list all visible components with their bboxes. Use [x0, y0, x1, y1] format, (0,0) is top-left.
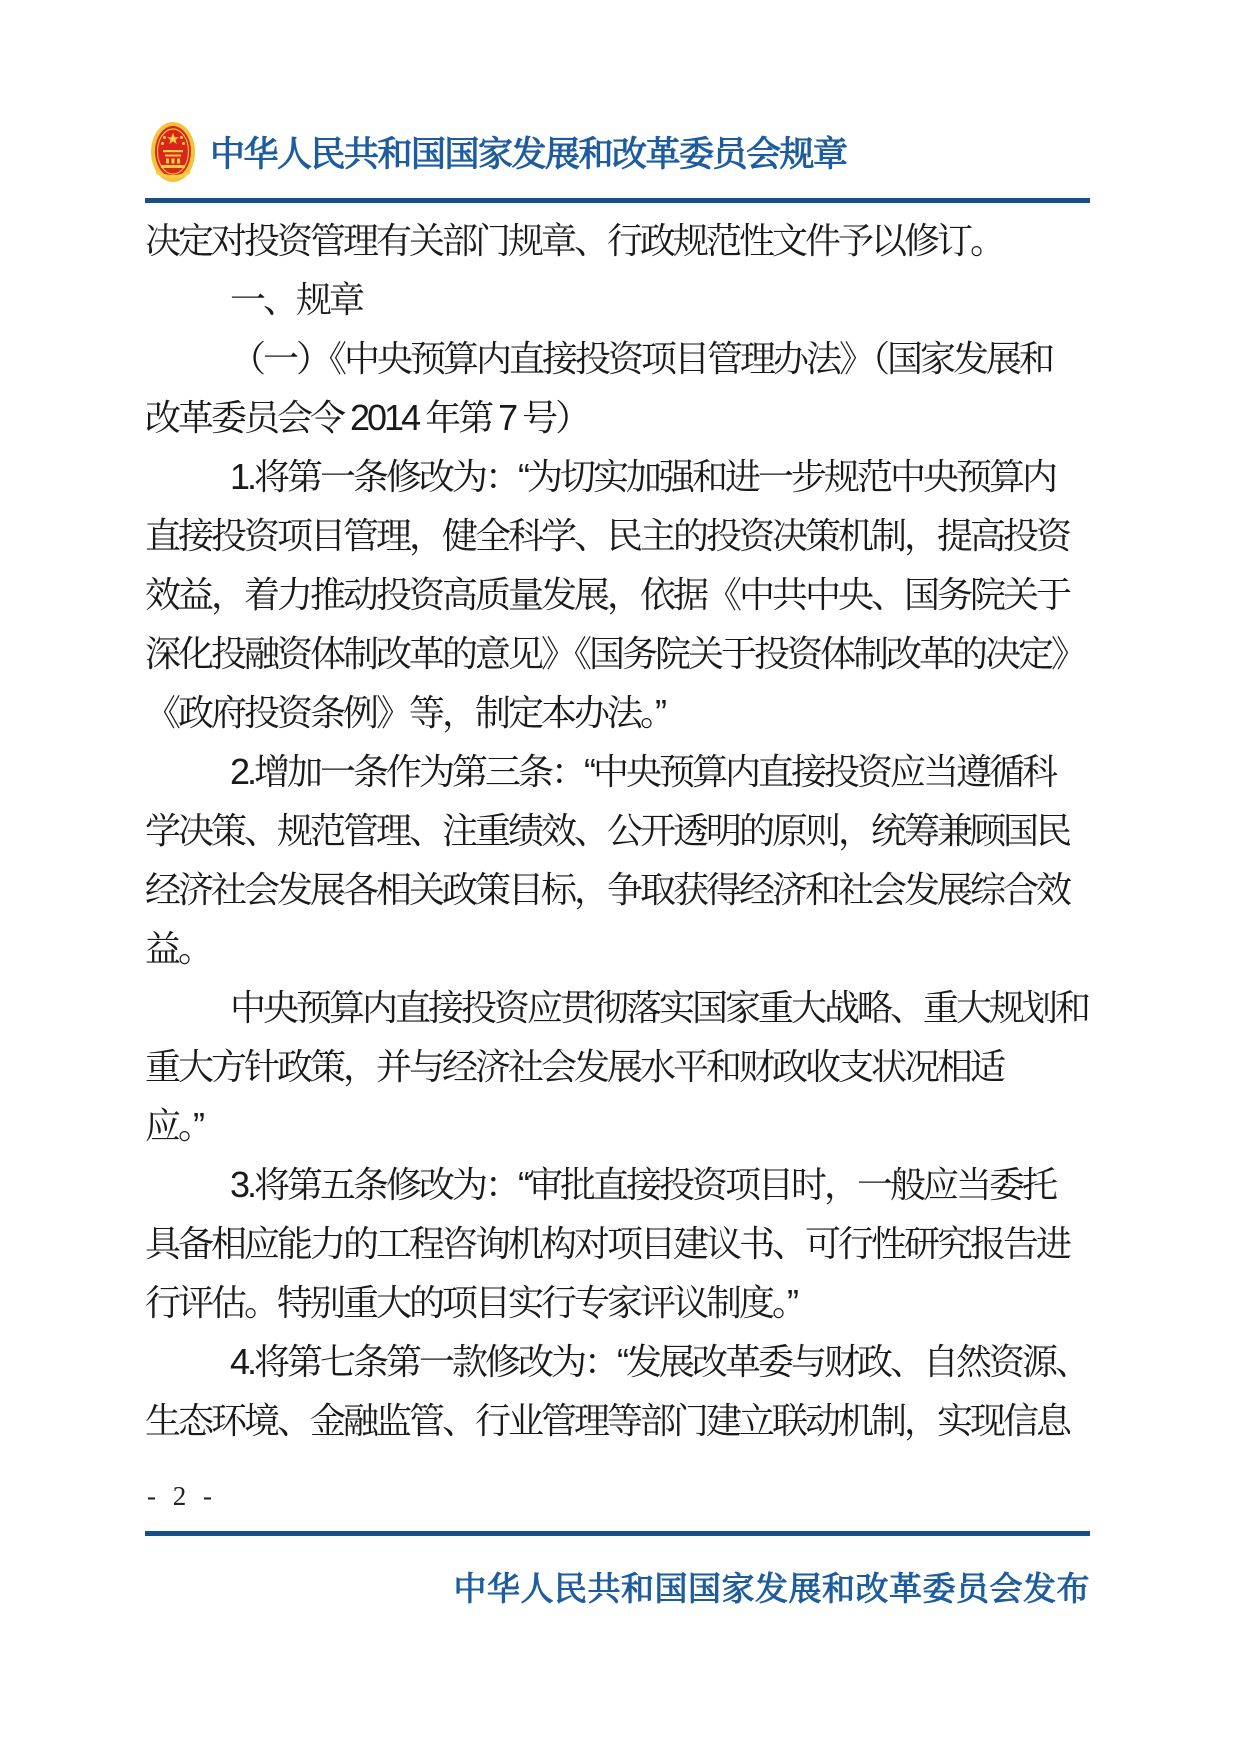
body-line: 效益，着力推动投资高质量发展，依据《中共中央、国务院关于: [145, 565, 1093, 624]
header-divider: [145, 198, 1090, 203]
body-line: 决定对投资管理有关部门规章、行政规范性文件予以修订。: [145, 211, 1093, 270]
body-line: 深化投融资体制改革的意见》《国务院关于投资体制改革的决定》: [145, 624, 1093, 683]
document-title: 中华人民共和国国家发展和改革委员会规章: [210, 127, 847, 177]
document-body: 决定对投资管理有关部门规章、行政规范性文件予以修订。一、规章（一）《中央预算内直…: [145, 211, 1093, 1450]
body-line: 改革委员会令 2014 年第 7 号）: [145, 388, 1093, 447]
body-line: 生态环境、金融监管、行业管理等部门建立联动机制，实现信息: [145, 1391, 1093, 1450]
body-line: 直接投资项目管理，健全科学、民主的投资决策机制，提高投资: [145, 506, 1093, 565]
body-line: 行评估。特别重大的项目实行专家评议制度。”: [145, 1273, 1093, 1332]
document-page: 中华人民共和国国家发展和改革委员会规章 决定对投资管理有关部门规章、行政规范性文…: [0, 0, 1240, 1753]
body-line: （一）《中央预算内直接投资项目管理办法》（国家发展和: [145, 329, 1093, 388]
body-line: 中央预算内直接投资应贯彻落实国家重大战略、重大规划和: [145, 978, 1093, 1037]
body-line: 应。”: [145, 1096, 1093, 1155]
body-line: 一、规章: [145, 270, 1093, 329]
body-line: 2.增加一条作为第三条：“中央预算内直接投资应当遵循科: [145, 742, 1093, 801]
footer-divider: [145, 1531, 1090, 1536]
body-line: 《政府投资条例》等，制定本办法。”: [145, 683, 1093, 742]
body-line: 4.将第七条第一款修改为：“发展改革委与财政、自然资源、: [145, 1332, 1093, 1391]
body-line: 益。: [145, 919, 1093, 978]
page-header: 中华人民共和国国家发展和改革委员会规章: [150, 121, 847, 183]
body-line: 具备相应能力的工程咨询机构对项目建议书、可行性研究报告进: [145, 1214, 1093, 1273]
body-line: 重大方针政策，并与经济社会发展水平和财政收支状况相适: [145, 1037, 1093, 1096]
body-line: 1.将第一条修改为：“为切实加强和进一步规范中央预算内: [145, 447, 1093, 506]
body-line: 3.将第五条修改为：“审批直接投资项目时，一般应当委托: [145, 1155, 1093, 1214]
body-line: 学决策、规范管理、注重绩效、公开透明的原则，统筹兼顾国民: [145, 801, 1093, 860]
body-line: 经济社会发展各相关政策目标，争取获得经济和社会发展综合效: [145, 860, 1093, 919]
page-number: - 2 -: [147, 1481, 217, 1512]
publisher-line: 中华人民共和国国家发展和改革委员会发布: [454, 1563, 1091, 1610]
national-emblem-icon: [150, 121, 196, 183]
